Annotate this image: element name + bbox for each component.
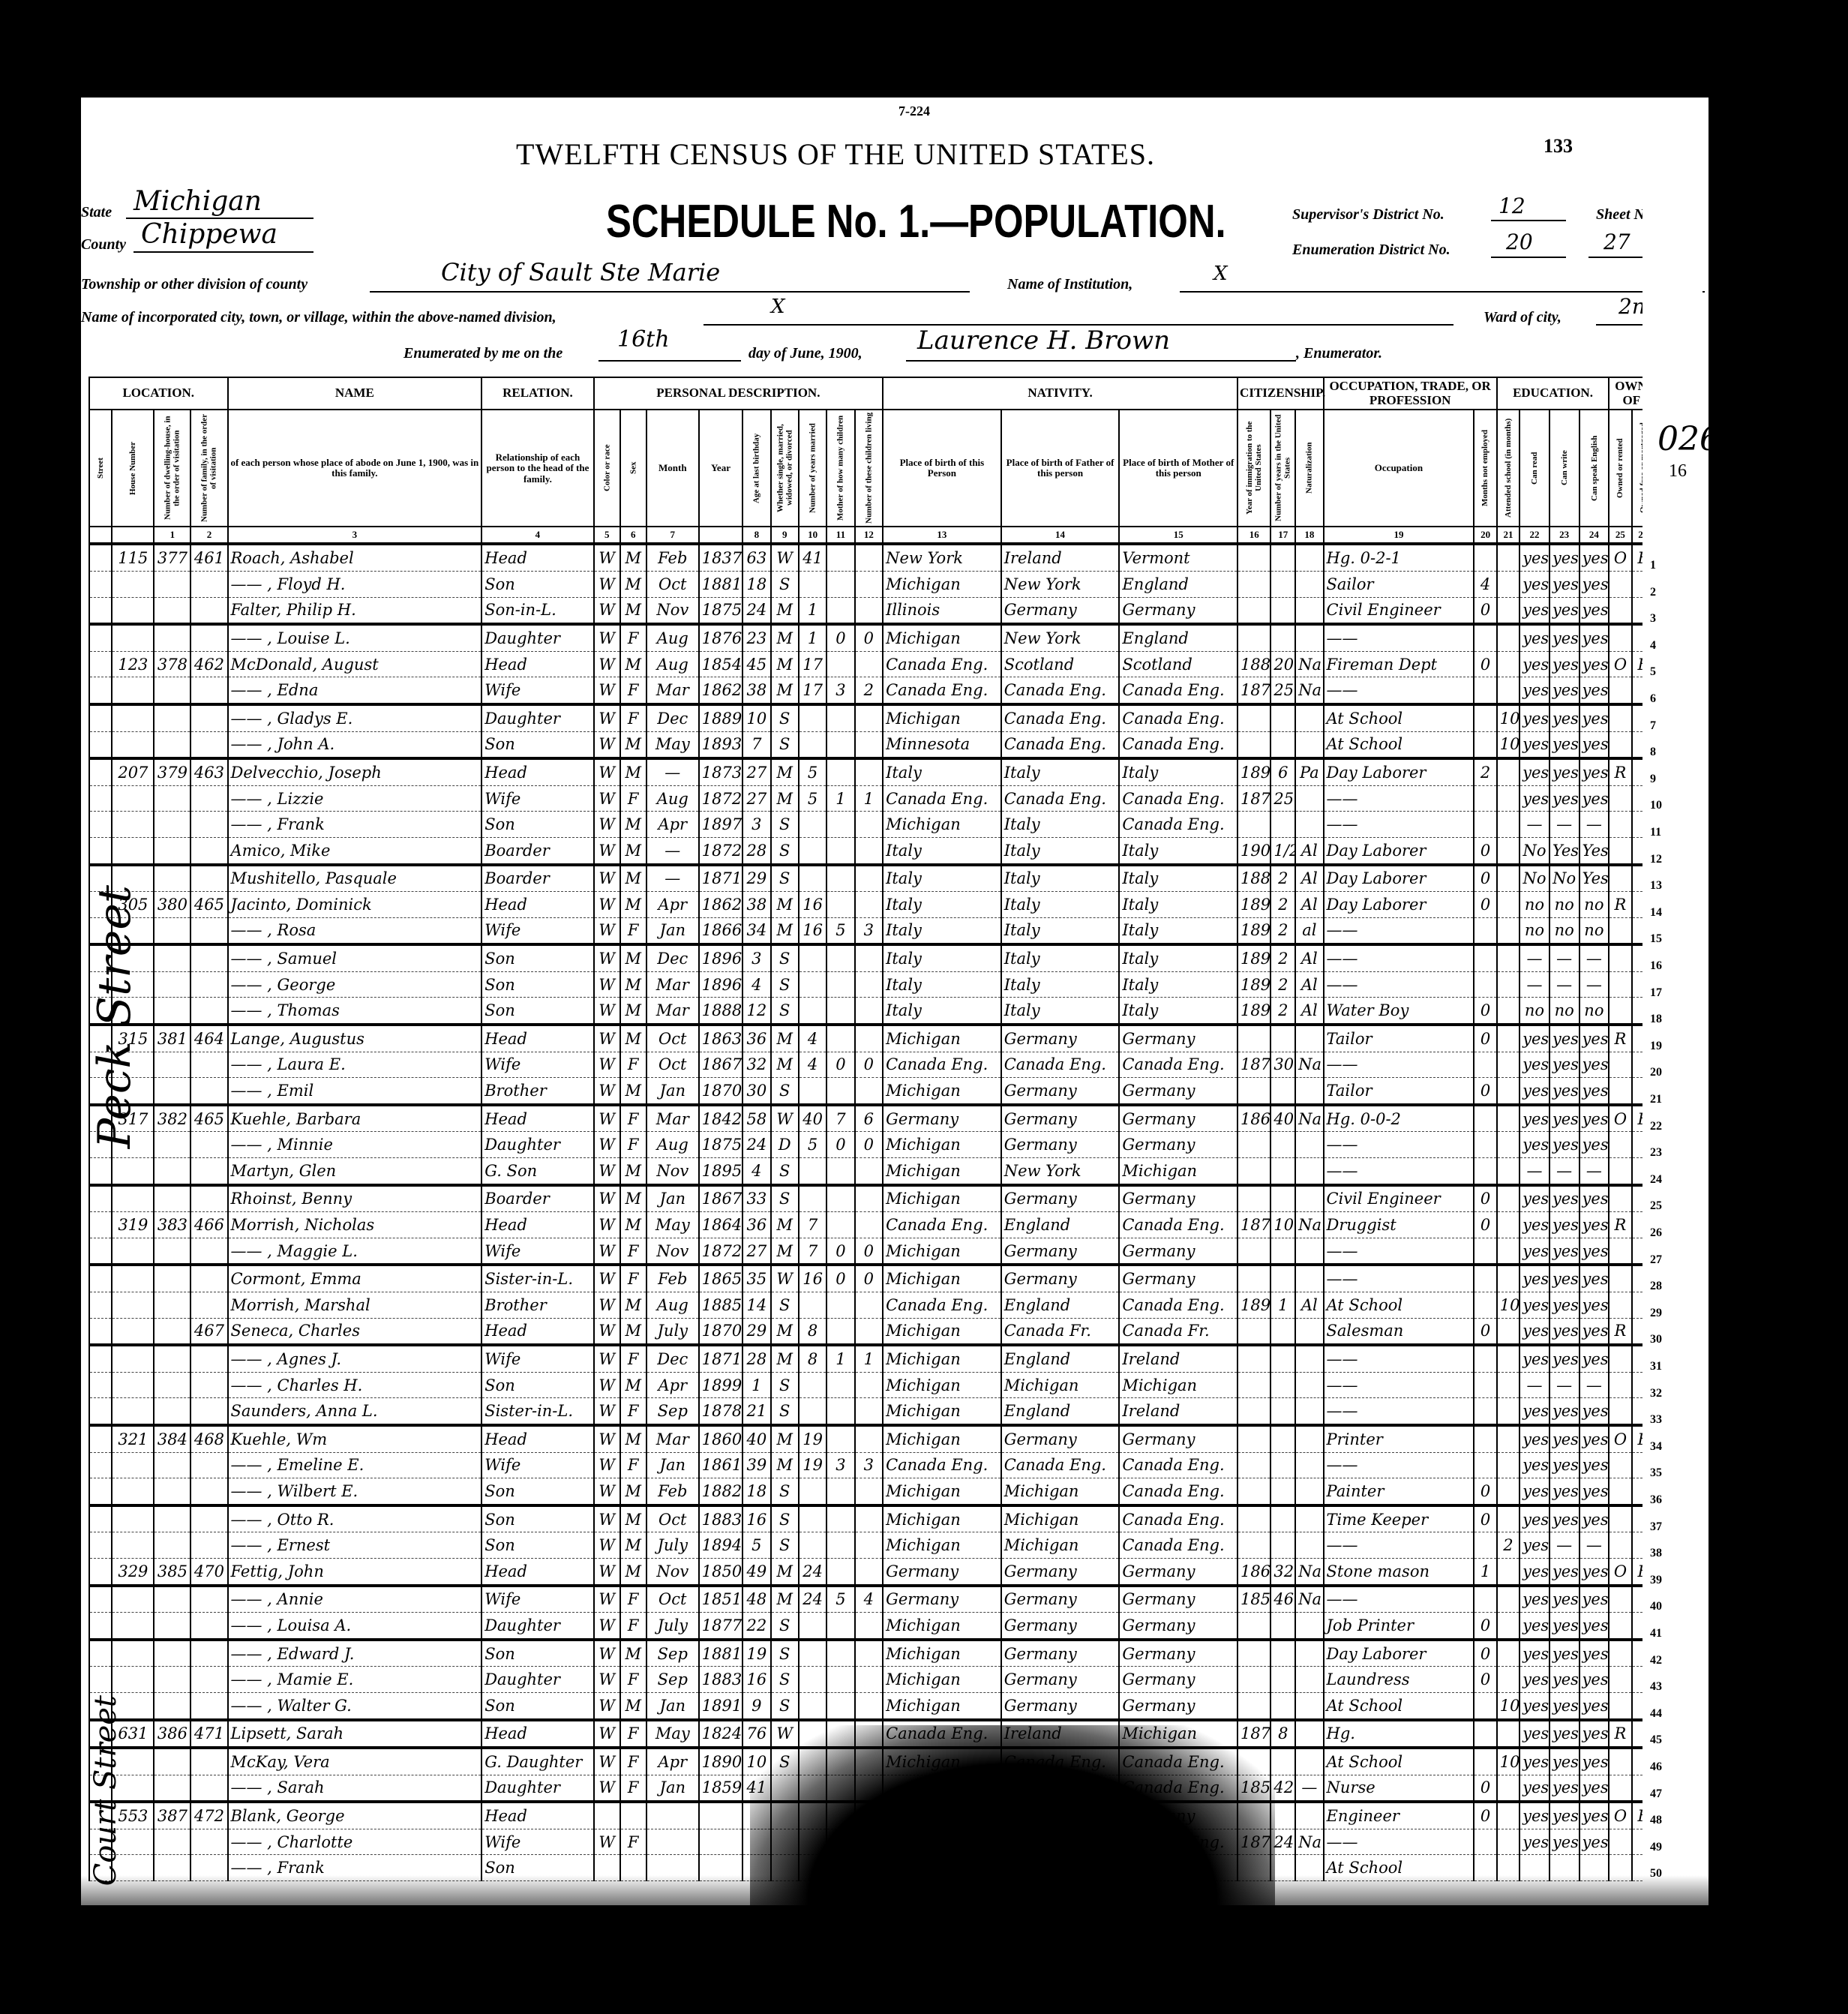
cell-color: W bbox=[594, 544, 620, 571]
cell-month: Feb bbox=[646, 544, 699, 571]
cell-dwelling bbox=[154, 1667, 190, 1693]
cell-marital: S bbox=[771, 1158, 799, 1185]
cell-marital: S bbox=[771, 971, 799, 998]
cell-month: Apr bbox=[646, 1372, 699, 1398]
cell-read: yes bbox=[1519, 1802, 1549, 1829]
column-number: 12 bbox=[855, 527, 883, 544]
cell-month: July bbox=[646, 1613, 699, 1640]
cell-street bbox=[89, 1640, 112, 1667]
cell-write: yes bbox=[1549, 731, 1579, 758]
cell-children: 5 bbox=[826, 917, 854, 944]
cell-write: yes bbox=[1549, 1292, 1579, 1319]
cell-year: 1870 bbox=[699, 1078, 742, 1105]
cell-unemp bbox=[1474, 704, 1496, 731]
cell-yrs-us bbox=[1270, 1372, 1295, 1398]
cell-own bbox=[1609, 1372, 1631, 1398]
cell-occupation: —— bbox=[1324, 1532, 1474, 1559]
cell-dwelling bbox=[154, 1052, 190, 1078]
cell-name: —— , George bbox=[228, 971, 482, 998]
cell-yrs-married: 24 bbox=[799, 1586, 826, 1613]
cell-write: yes bbox=[1549, 1105, 1579, 1132]
cell-family bbox=[190, 1078, 227, 1105]
cell-english: Yes bbox=[1579, 865, 1609, 892]
cell-own bbox=[1609, 865, 1631, 892]
cell-street bbox=[89, 785, 112, 812]
cell-read: yes bbox=[1519, 1398, 1549, 1425]
cell-age: 5 bbox=[742, 1532, 770, 1559]
cell-yrs-married: 5 bbox=[799, 1132, 826, 1158]
cell-read: yes bbox=[1519, 624, 1549, 651]
cell-occupation: Time Keeper bbox=[1324, 1505, 1474, 1532]
cell-father: Germany bbox=[1001, 1613, 1120, 1640]
cell-relation: Boarder bbox=[481, 1185, 593, 1212]
cell-birth: Michigan bbox=[883, 571, 1001, 597]
table-row: —— , Agnes J.WifeWFDec187128M811Michigan… bbox=[89, 1345, 1700, 1372]
cell-english: yes bbox=[1579, 1802, 1609, 1829]
cell-nat bbox=[1295, 1425, 1323, 1452]
cell-house bbox=[112, 597, 154, 624]
cell-color: W bbox=[594, 571, 620, 597]
cell-living bbox=[855, 1078, 883, 1105]
cell-family bbox=[190, 1748, 227, 1775]
cell-house bbox=[112, 1613, 154, 1640]
cell-father: Michigan bbox=[1001, 1532, 1120, 1559]
cell-year: 1894 bbox=[699, 1532, 742, 1559]
cell-family bbox=[190, 1829, 227, 1855]
cell-living bbox=[855, 1398, 883, 1425]
cell-dwelling bbox=[154, 1829, 190, 1855]
column-number: 8 bbox=[742, 527, 770, 544]
cell-write: yes bbox=[1549, 785, 1579, 812]
cell-school bbox=[1497, 1345, 1519, 1372]
cell-unemp bbox=[1474, 1829, 1496, 1855]
margin-annotation-sub: 16 bbox=[1669, 461, 1687, 482]
cell-mother: Canada Fr. bbox=[1119, 1318, 1237, 1345]
cell-color: W bbox=[594, 1025, 620, 1052]
cell-street bbox=[89, 624, 112, 651]
line-number: 5 bbox=[1650, 665, 1656, 679]
line-number: 18 bbox=[1650, 1013, 1662, 1026]
cell-unemp bbox=[1474, 1532, 1496, 1559]
cell-name: —— , Edward J. bbox=[228, 1640, 482, 1667]
column-number: 22 bbox=[1519, 527, 1549, 544]
cell-month: — bbox=[646, 758, 699, 785]
cell-immig: 1868 bbox=[1237, 1558, 1270, 1585]
cell-mother: Germany bbox=[1119, 1692, 1237, 1719]
cell-yrs-married: 7 bbox=[799, 1238, 826, 1265]
cell-sex: F bbox=[620, 785, 646, 812]
cell-unemp bbox=[1474, 812, 1496, 838]
cell-relation: Daughter bbox=[481, 624, 593, 651]
cell-nat bbox=[1295, 1692, 1323, 1719]
cell-sex: F bbox=[620, 1052, 646, 1078]
cell-sex: F bbox=[620, 1345, 646, 1372]
cell-street bbox=[89, 1667, 112, 1693]
cell-year: 1896 bbox=[699, 944, 742, 971]
col-age: Age at last birthday bbox=[742, 410, 770, 527]
cell-sex bbox=[620, 1802, 646, 1829]
cell-write: yes bbox=[1549, 1748, 1579, 1775]
cell-immig bbox=[1237, 1425, 1270, 1452]
cell-name: Saunders, Anna L. bbox=[228, 1398, 482, 1425]
cell-own: O bbox=[1609, 544, 1631, 571]
col-children: Mother of how many children bbox=[826, 410, 854, 527]
cell-street bbox=[89, 1613, 112, 1640]
cell-marital: M bbox=[771, 1345, 799, 1372]
cell-yrs-us: 40 bbox=[1270, 1105, 1295, 1132]
cell-read: yes bbox=[1519, 1775, 1549, 1802]
cell-read: yes bbox=[1519, 1586, 1549, 1613]
cell-own: R bbox=[1609, 1318, 1631, 1345]
cell-immig bbox=[1237, 704, 1270, 731]
cell-immig bbox=[1237, 1692, 1270, 1719]
cell-year: 1842 bbox=[699, 1105, 742, 1132]
cell-occupation: Tailor bbox=[1324, 1025, 1474, 1052]
cell-house bbox=[112, 1238, 154, 1265]
cell-dwelling bbox=[154, 837, 190, 864]
cell-children bbox=[826, 944, 854, 971]
cell-father: Italy bbox=[1001, 837, 1120, 864]
cell-relation: Son bbox=[481, 1478, 593, 1505]
cell-birth: Michigan bbox=[883, 1425, 1001, 1452]
cell-sex: M bbox=[620, 998, 646, 1025]
table-row: —— , EdnaWifeWFMar186238M1732Canada Eng.… bbox=[89, 677, 1700, 704]
cell-living bbox=[855, 544, 883, 571]
cell-sex: M bbox=[620, 1425, 646, 1452]
cell-relation: Brother bbox=[481, 1292, 593, 1319]
cell-color: W bbox=[594, 1105, 620, 1132]
cell-name: —— , Charlotte bbox=[228, 1829, 482, 1855]
col-occupation: Occupation bbox=[1324, 410, 1474, 527]
cell-yrs-us: 1 bbox=[1270, 1292, 1295, 1319]
cell-father: Canada Eng. bbox=[1001, 785, 1120, 812]
cell-school bbox=[1497, 998, 1519, 1025]
cell-write: yes bbox=[1549, 1212, 1579, 1238]
cell-birth: Michigan bbox=[883, 1078, 1001, 1105]
table-row: —— , ThomasSonWMMar188812SItalyItalyItal… bbox=[89, 998, 1700, 1025]
table-row: 319383466Morrish, NicholasHeadWMMay18643… bbox=[89, 1212, 1700, 1238]
cell-immig bbox=[1237, 624, 1270, 651]
cell-living bbox=[855, 597, 883, 624]
cell-occupation: —— bbox=[1324, 944, 1474, 971]
cell-read: yes bbox=[1519, 1238, 1549, 1265]
col-birth-month: Month bbox=[646, 410, 699, 527]
cell-color: W bbox=[594, 1532, 620, 1559]
cell-mother: Germany bbox=[1119, 1265, 1237, 1292]
cell-yrs-married bbox=[799, 1185, 826, 1212]
cell-yrs-married bbox=[799, 1640, 826, 1667]
cell-birth: Michigan bbox=[883, 1667, 1001, 1693]
cell-family bbox=[190, 1158, 227, 1185]
cell-living bbox=[855, 651, 883, 677]
supervisor-label: Supervisor's District No. bbox=[1292, 206, 1444, 224]
cell-sex: F bbox=[620, 1586, 646, 1613]
cell-marital: S bbox=[771, 812, 799, 838]
cell-yrs-us bbox=[1270, 1345, 1295, 1372]
cell-age: 35 bbox=[742, 1265, 770, 1292]
cell-english: yes bbox=[1579, 571, 1609, 597]
cell-birth: Canada Eng. bbox=[883, 677, 1001, 704]
cell-nat bbox=[1295, 1720, 1323, 1748]
line-number: 16 bbox=[1650, 959, 1662, 973]
group-name: NAME bbox=[228, 377, 482, 410]
cell-name: Kuehle, Wm bbox=[228, 1425, 482, 1452]
cell-color: W bbox=[594, 1265, 620, 1292]
cell-nat: Al bbox=[1295, 1292, 1323, 1319]
cell-relation: Sister-in-L. bbox=[481, 1265, 593, 1292]
cell-occupation: Civil Engineer bbox=[1324, 597, 1474, 624]
cell-immig bbox=[1237, 1345, 1270, 1372]
cell-children bbox=[826, 758, 854, 785]
cell-house: 123 bbox=[112, 651, 154, 677]
cell-unemp: 0 bbox=[1474, 1318, 1496, 1345]
cell-marital: S bbox=[771, 1640, 799, 1667]
column-number: 13 bbox=[883, 527, 1001, 544]
cell-sex: M bbox=[620, 1212, 646, 1238]
cell-immig bbox=[1237, 1398, 1270, 1425]
cell-yrs-married: 1 bbox=[799, 597, 826, 624]
cell-family bbox=[190, 1532, 227, 1559]
cell-house bbox=[112, 571, 154, 597]
cell-immig bbox=[1237, 1667, 1270, 1693]
line-number: 6 bbox=[1650, 692, 1656, 706]
cell-children: 0 bbox=[826, 1265, 854, 1292]
cell-name: Blank, George bbox=[228, 1802, 482, 1829]
cell-read: yes bbox=[1519, 1720, 1549, 1748]
cell-relation: Daughter bbox=[481, 1775, 593, 1802]
cell-father: Germany bbox=[1001, 1692, 1120, 1719]
cell-name: —— , Emeline E. bbox=[228, 1452, 482, 1478]
cell-street bbox=[89, 704, 112, 731]
column-number: 21 bbox=[1497, 527, 1519, 544]
cell-family bbox=[190, 1185, 227, 1212]
cell-children bbox=[826, 651, 854, 677]
cell-house bbox=[112, 1640, 154, 1667]
cell-name: Delvecchio, Joseph bbox=[228, 758, 482, 785]
cell-occupation: Day Laborer bbox=[1324, 1640, 1474, 1667]
cell-family bbox=[190, 944, 227, 971]
cell-english: yes bbox=[1579, 1105, 1609, 1132]
cell-father: Germany bbox=[1001, 1105, 1120, 1132]
cell-dwelling bbox=[154, 597, 190, 624]
cell-father: Italy bbox=[1001, 944, 1120, 971]
cell-own: O bbox=[1609, 651, 1631, 677]
cell-living bbox=[855, 1505, 883, 1532]
cell-dwelling bbox=[154, 998, 190, 1025]
cell-english: no bbox=[1579, 917, 1609, 944]
enumerator-suffix: , Enumerator. bbox=[1296, 345, 1382, 362]
cell-house bbox=[112, 1158, 154, 1185]
cell-father: Germany bbox=[1001, 597, 1120, 624]
cell-age: 23 bbox=[742, 624, 770, 651]
cell-month: Sep bbox=[646, 1398, 699, 1425]
cell-english: no bbox=[1579, 892, 1609, 918]
cell-living bbox=[855, 971, 883, 998]
cell-own: R bbox=[1609, 892, 1631, 918]
table-row: Amico, MikeBoarderWM—187228SItalyItalyIt… bbox=[89, 837, 1700, 864]
cell-dwelling: 379 bbox=[154, 758, 190, 785]
cell-own bbox=[1609, 571, 1631, 597]
cell-english: yes bbox=[1579, 1720, 1609, 1748]
cell-dwelling: 381 bbox=[154, 1025, 190, 1052]
cell-immig: 1898 bbox=[1237, 892, 1270, 918]
cell-mother: Canada Eng. bbox=[1119, 812, 1237, 838]
cell-relation: Son bbox=[481, 1692, 593, 1719]
cell-school bbox=[1497, 1372, 1519, 1398]
cell-dwelling bbox=[154, 917, 190, 944]
cell-street bbox=[89, 597, 112, 624]
cell-dwelling bbox=[154, 1078, 190, 1105]
table-row: —— , RosaWifeWFJan186634M1653ItalyItalyI… bbox=[89, 917, 1700, 944]
cell-age: 9 bbox=[742, 1692, 770, 1719]
cell-english: yes bbox=[1579, 677, 1609, 704]
cell-birth: Germany bbox=[883, 1586, 1001, 1613]
cell-living bbox=[855, 1478, 883, 1505]
cell-school bbox=[1497, 1613, 1519, 1640]
cell-sex: F bbox=[620, 704, 646, 731]
cell-street bbox=[89, 1532, 112, 1559]
cell-marital: M bbox=[771, 1318, 799, 1345]
cell-living: 2 bbox=[855, 677, 883, 704]
cell-color: W bbox=[594, 651, 620, 677]
cell-dwelling: 378 bbox=[154, 651, 190, 677]
cell-unemp bbox=[1474, 1345, 1496, 1372]
cell-mother: Canada Eng. bbox=[1119, 785, 1237, 812]
cell-dwelling: 385 bbox=[154, 1558, 190, 1585]
column-number: 10 bbox=[799, 527, 826, 544]
cell-unemp bbox=[1474, 1105, 1496, 1132]
cell-year: 1895 bbox=[699, 1158, 742, 1185]
cell-read: yes bbox=[1519, 1318, 1549, 1345]
cell-own bbox=[1609, 1158, 1631, 1185]
cell-read: — bbox=[1519, 1158, 1549, 1185]
table-row: 207379463Delvecchio, JosephHeadWM—187327… bbox=[89, 758, 1700, 785]
cell-sex: F bbox=[620, 1238, 646, 1265]
column-number: 19 bbox=[1324, 527, 1474, 544]
cell-write: no bbox=[1549, 892, 1579, 918]
cell-unemp: 4 bbox=[1474, 571, 1496, 597]
cell-children bbox=[826, 865, 854, 892]
cell-year bbox=[699, 1829, 742, 1855]
cell-yrs-married bbox=[799, 1613, 826, 1640]
cell-write: yes bbox=[1549, 624, 1579, 651]
cell-nat: Na bbox=[1295, 1052, 1323, 1078]
cell-color: W bbox=[594, 1292, 620, 1319]
col-immigration: Year of immigration to the United States bbox=[1237, 410, 1270, 527]
cell-yrs-married bbox=[799, 1505, 826, 1532]
cell-yrs-married: 4 bbox=[799, 1025, 826, 1052]
cell-family bbox=[190, 624, 227, 651]
institution-label: Name of Institution, bbox=[1007, 276, 1132, 293]
cell-occupation: —— bbox=[1324, 1372, 1474, 1398]
cell-marital: M bbox=[771, 597, 799, 624]
cell-month: Jan bbox=[646, 1775, 699, 1802]
cell-month: Mar bbox=[646, 1105, 699, 1132]
cell-read: yes bbox=[1519, 1640, 1549, 1667]
cell-living: 1 bbox=[855, 1345, 883, 1372]
cell-occupation: —— bbox=[1324, 1132, 1474, 1158]
ward-label: Ward of city, bbox=[1483, 309, 1561, 326]
cell-living bbox=[855, 1613, 883, 1640]
cell-own bbox=[1609, 1829, 1631, 1855]
cell-write: yes bbox=[1549, 1238, 1579, 1265]
column-number: 18 bbox=[1295, 527, 1323, 544]
cell-own: O bbox=[1609, 1558, 1631, 1585]
line-number: 17 bbox=[1650, 986, 1662, 1000]
cell-living bbox=[855, 1532, 883, 1559]
cell-school bbox=[1497, 1105, 1519, 1132]
cell-yrs-married bbox=[799, 1398, 826, 1425]
cell-relation: Wife bbox=[481, 1829, 593, 1855]
cell-nat bbox=[1295, 1667, 1323, 1693]
cell-year: 1870 bbox=[699, 1318, 742, 1345]
cell-school bbox=[1497, 1667, 1519, 1693]
cell-name: —— , Walter G. bbox=[228, 1692, 482, 1719]
column-number: 20 bbox=[1474, 527, 1496, 544]
cell-english: yes bbox=[1579, 758, 1609, 785]
cell-yrs-us: 25 bbox=[1270, 785, 1295, 812]
cell-occupation: Hg. bbox=[1324, 1720, 1474, 1748]
cell-month: Sep bbox=[646, 1640, 699, 1667]
cell-sex: M bbox=[620, 758, 646, 785]
cell-english: yes bbox=[1579, 1345, 1609, 1372]
cell-age: 18 bbox=[742, 571, 770, 597]
cell-unemp: 0 bbox=[1474, 651, 1496, 677]
cell-write: — bbox=[1549, 971, 1579, 998]
cell-name: McKay, Vera bbox=[228, 1748, 482, 1775]
cell-living bbox=[855, 571, 883, 597]
cell-family bbox=[190, 812, 227, 838]
cell-father: New York bbox=[1001, 1158, 1120, 1185]
cell-age: 36 bbox=[742, 1212, 770, 1238]
cell-relation: Head bbox=[481, 1802, 593, 1829]
cell-school bbox=[1497, 1398, 1519, 1425]
enumerated-mid: day of June, 1900, bbox=[748, 345, 862, 362]
cell-father: Italy bbox=[1001, 865, 1120, 892]
cell-name: —— , Thomas bbox=[228, 998, 482, 1025]
cell-read: yes bbox=[1519, 1613, 1549, 1640]
cell-yrs-married bbox=[799, 1292, 826, 1319]
cell-yrs-us bbox=[1270, 1078, 1295, 1105]
cell-name: —— , Charles H. bbox=[228, 1372, 482, 1398]
cell-living bbox=[855, 865, 883, 892]
col-months-unemployed: Months not employed bbox=[1474, 410, 1496, 527]
cell-sex: M bbox=[620, 1640, 646, 1667]
cell-school bbox=[1497, 1238, 1519, 1265]
cell-year: 1872 bbox=[699, 785, 742, 812]
cell-yrs-us bbox=[1270, 1640, 1295, 1667]
cell-marital: M bbox=[771, 1025, 799, 1052]
cell-read: yes bbox=[1519, 1265, 1549, 1292]
cell-living: 4 bbox=[855, 1586, 883, 1613]
cell-relation: Head bbox=[481, 1105, 593, 1132]
cell-father: Michigan bbox=[1001, 1372, 1120, 1398]
cell-children bbox=[826, 597, 854, 624]
cell-birth: Italy bbox=[883, 758, 1001, 785]
cell-nat bbox=[1295, 1318, 1323, 1345]
cell-age: 27 bbox=[742, 1238, 770, 1265]
cell-father: England bbox=[1001, 1398, 1120, 1425]
cell-family bbox=[190, 1265, 227, 1292]
cell-dwelling: 387 bbox=[154, 1802, 190, 1829]
column-number: 7 bbox=[646, 527, 699, 544]
cell-dwelling bbox=[154, 571, 190, 597]
cell-dwelling bbox=[154, 1613, 190, 1640]
cell-month: Oct bbox=[646, 1052, 699, 1078]
cell-relation: G. Son bbox=[481, 1158, 593, 1185]
col-write: Can write bbox=[1549, 410, 1579, 527]
cell-family bbox=[190, 1586, 227, 1613]
